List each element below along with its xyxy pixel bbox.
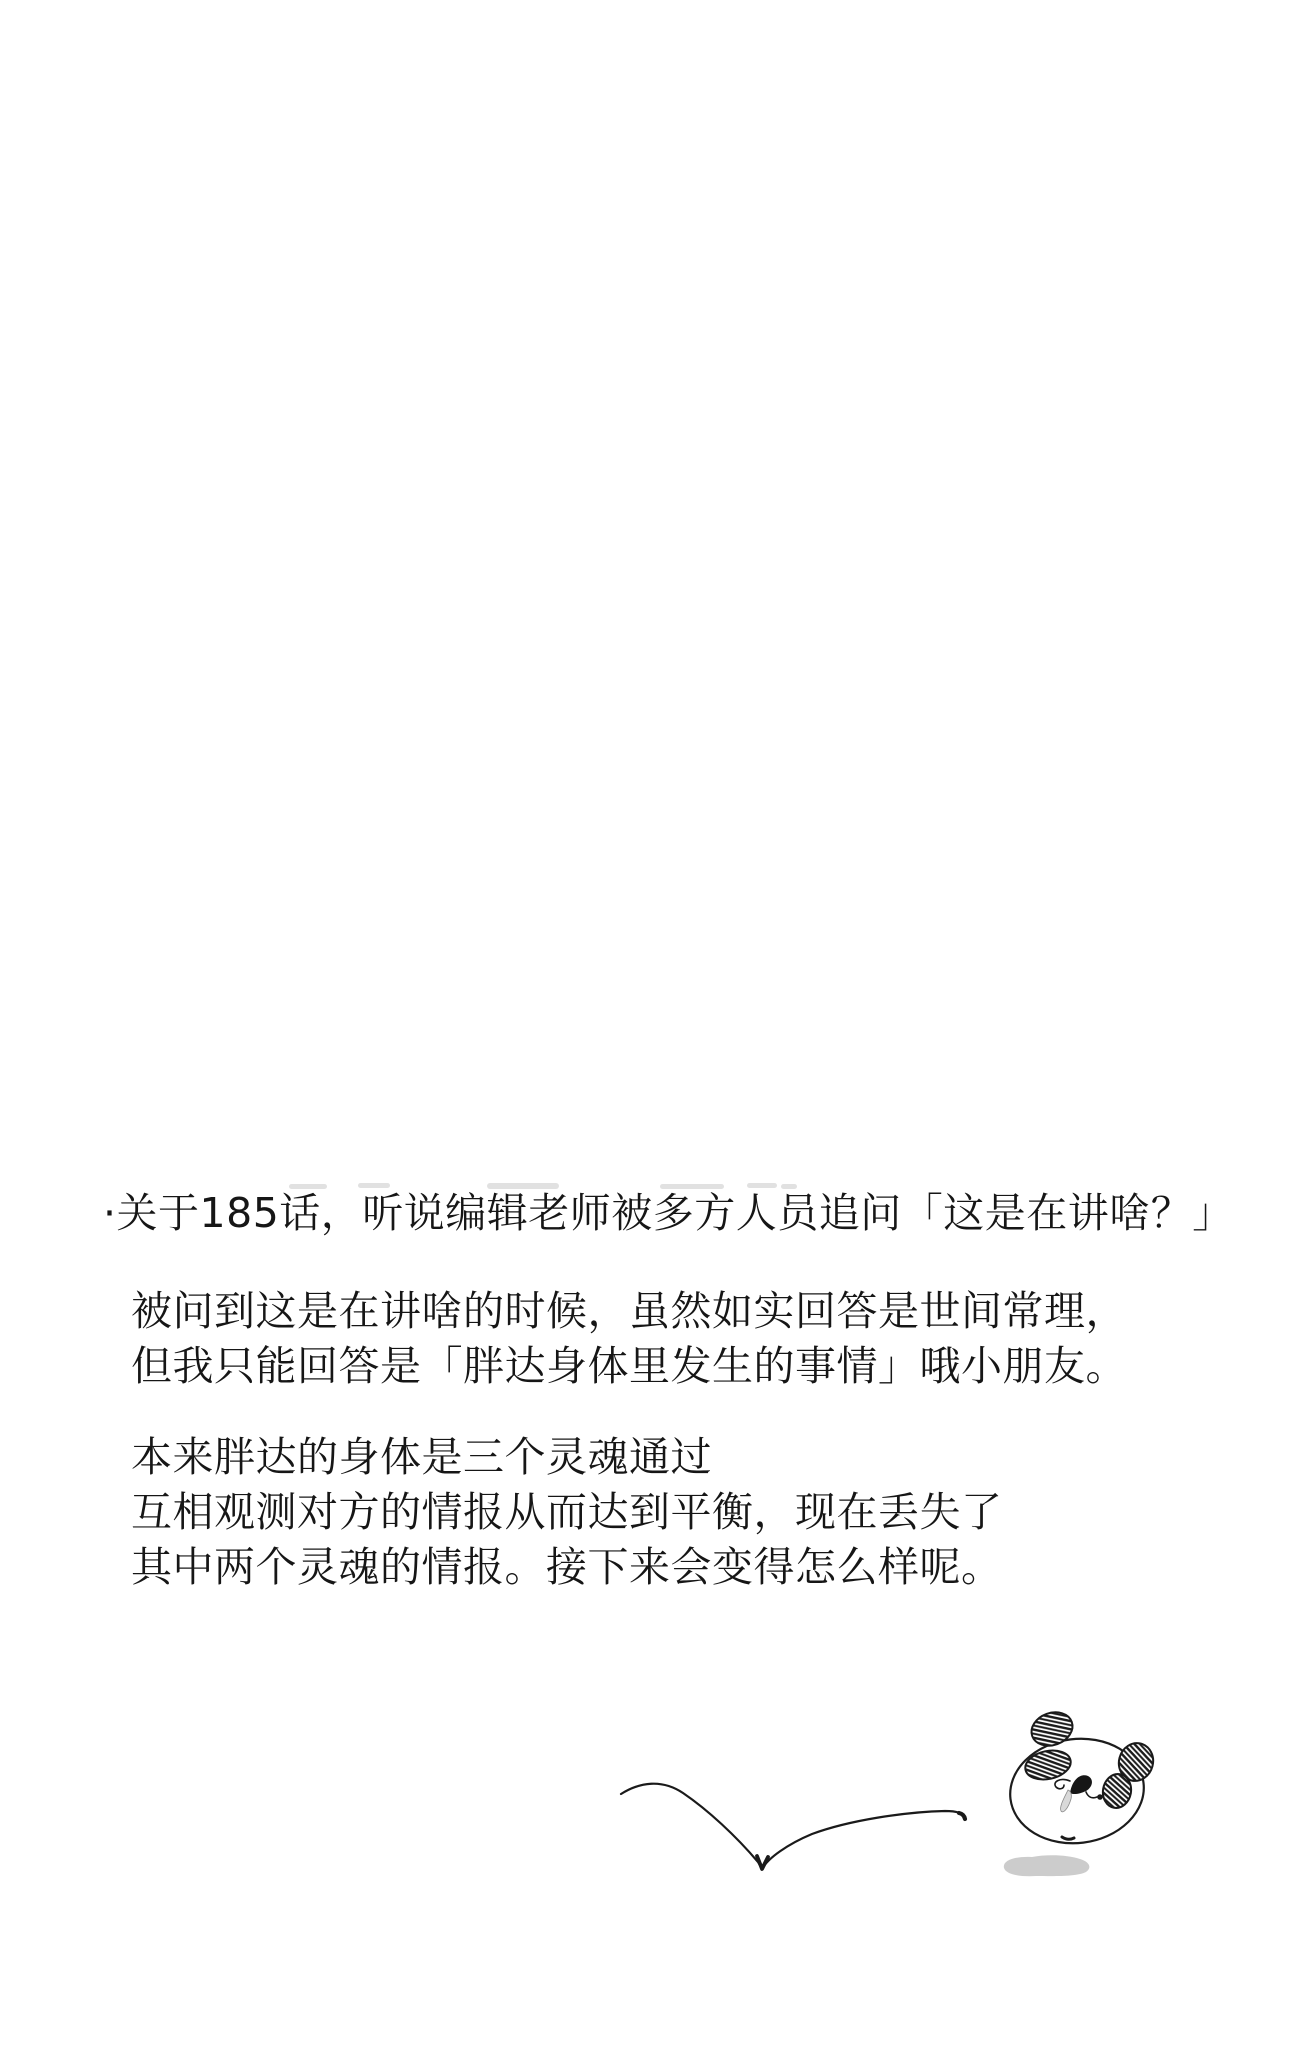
manga-afterword-page: ·关于185话，听说编辑老师被多方人员追问「这是在讲啥？」 被问到这是在讲啥的时… — [0, 0, 1304, 2048]
afterword-paragraph-2-line-3: 其中两个灵魂的情报。接下来会变得怎么样呢。 — [131, 1544, 1003, 1590]
panda-eye-left — [1023, 1747, 1074, 1784]
afterword-paragraph-2: 本来胖达的身体是三个灵魂通过 互相观测对方的情报从而达到平衡，现在丢失了 其中两… — [131, 1434, 1003, 1590]
afterword-paragraph-1: 被问到这是在讲啥的时候，虽然如实回答是世间常理， 但我只能回答是「胖达身体里发生… — [131, 1288, 1127, 1389]
panda-muzzle-shading — [1061, 1790, 1072, 1812]
afterword-paragraph-2-line-2: 互相观测对方的情报从而达到平衡，现在丢失了 — [131, 1489, 1003, 1535]
panda-nose — [1070, 1775, 1092, 1794]
panda-ear-left — [1027, 1707, 1077, 1751]
panda-shadow — [1004, 1855, 1090, 1876]
panda-face-icon — [1004, 1707, 1157, 1851]
afterword-intro-line: ·关于185话，听说编辑老师被多方人员追问「这是在讲啥？」 — [103, 1190, 1234, 1236]
doodle-layer — [0, 0, 1304, 2048]
afterword-paragraph-2-line-1: 本来胖达的身体是三个灵魂通过 — [131, 1434, 1003, 1480]
swoosh-line-icon — [621, 1784, 965, 1869]
panda-eye-right — [1100, 1772, 1133, 1810]
afterword-paragraph-1-line-1: 被问到这是在讲啥的时候，虽然如实回答是世间常理， — [131, 1288, 1127, 1334]
panda-ear-right — [1115, 1739, 1158, 1785]
afterword-paragraph-1-line-2: 但我只能回答是「胖达身体里发生的事情」哦小朋友。 — [131, 1343, 1127, 1389]
